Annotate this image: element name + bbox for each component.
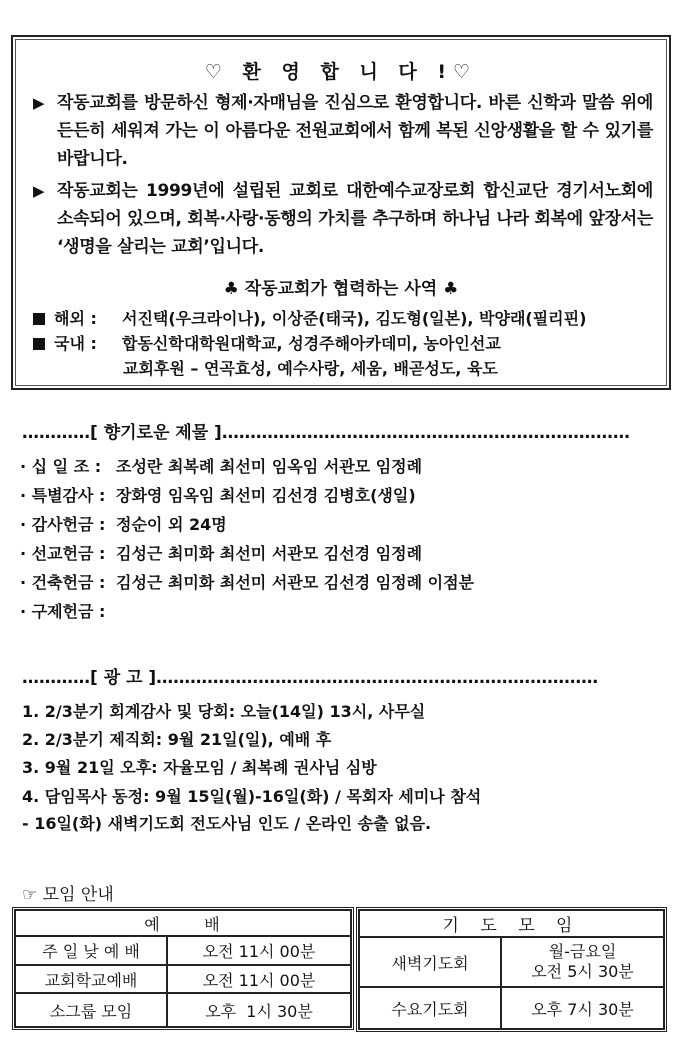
prayer-time: 오후 7시 30분	[501, 987, 664, 1029]
square-bullet-icon	[33, 338, 45, 350]
welcome-paragraph-text: 작동교회는 1999년에 설립된 교회로 대한예수교장로회 합신교단 경기서노회…	[57, 177, 653, 261]
offering-row: · 건축헌금 :김성근 최미화 최선미 서관모 김선경 임정례 이점분	[20, 572, 474, 594]
mission-row-support: 교회후원 – 연곡효성, 예수사랑, 세움, 배곧성도, 육도	[123, 357, 498, 381]
dotted-leader: ………………………………………………………………	[222, 423, 630, 443]
prayer-name: 수요기도회	[359, 987, 501, 1029]
welcome-title: ♡ 환 영 합 니 다 !♡	[13, 57, 669, 84]
welcome-paragraph-2: ▶ 작동교회는 1999년에 설립된 교회로 대한예수교장로회 합신교단 경기서…	[33, 177, 653, 261]
welcome-box: ♡ 환 영 합 니 다 !♡ ▶ 작동교회를 방문하신 형제·자매님을 진심으로…	[11, 35, 671, 390]
square-bullet-icon	[33, 313, 45, 325]
offering-label: · 특별감사 :	[20, 485, 116, 507]
offering-row: · 선교헌금 :김성근 최미화 최선미 서관모 김선경 임정례	[20, 543, 422, 565]
notice-item: 2. 2/3분기 제직회: 9월 21일(일), 예배 후	[22, 729, 331, 751]
offering-names: 정순이 외 24명	[116, 515, 227, 534]
prayer-days: 월-금요일	[502, 942, 663, 962]
worship-header: 예 배	[15, 910, 351, 936]
pointing-hand-icon: ☞	[22, 885, 37, 905]
offering-row: · 십 일 조 :조성란 최복례 최선미 임옥임 서관모 임정례	[20, 456, 422, 478]
mission-value: 교회후원 – 연곡효성, 예수사랑, 세움, 배곧성도, 육도	[123, 359, 498, 378]
notice-item: - 16일(화) 새벽기도회 전도사님 인도 / 온라인 송출 없음.	[22, 813, 431, 835]
offering-label: · 건축헌금 :	[20, 572, 116, 594]
worship-name: 소그룹 모임	[15, 993, 167, 1027]
offering-names: 김성근 최미화 최선미 서관모 김선경 임정례	[116, 544, 422, 563]
notice-item: 3. 9월 21일 오후: 자율모임 / 최복례 권사님 심방	[22, 757, 377, 779]
prayer-schedule-table: 기 도 모 임 새벽기도회 월-금요일 오전 5시 30분 수요기도회 오후 7…	[356, 907, 667, 1032]
gatherings-title: ☞ 모임 안내	[22, 880, 114, 905]
offerings-title: [ 향기로운 제물 ]	[90, 423, 222, 443]
offerings-heading: …………[ 향기로운 제물 ]………………………………………………………………	[22, 418, 667, 443]
arrow-right-icon: ▶	[33, 177, 45, 205]
notices-title: [ 광 고 ]	[90, 668, 156, 688]
offering-row: · 감사헌금 :정순이 외 24명	[20, 514, 227, 536]
worship-name: 교회학교예배	[15, 965, 167, 993]
offering-names: 김성근 최미화 최선미 서관모 김선경 임정례 이점분	[116, 573, 474, 592]
offering-row: · 구제헌금 :	[20, 601, 116, 623]
offering-label: · 구제헌금 :	[20, 601, 116, 623]
worship-time: 오후 1시 30분	[167, 993, 351, 1027]
gatherings-title-text: 모임 안내	[43, 885, 114, 905]
mission-value: 합동신학대학원대학교, 성경주해아카데미, 농아인선교	[122, 334, 501, 353]
offering-names: 조성란 최복례 최선미 임옥임 서관모 임정례	[116, 457, 422, 476]
notices-heading: …………[ 광 고 ]……………………………………………………………………	[22, 663, 667, 688]
welcome-paragraph-text: 작동교회를 방문하신 형제·자매님을 진심으로 환영합니다. 바른 신학과 말씀…	[57, 89, 653, 173]
mission-label: 해외 :	[54, 307, 122, 331]
offering-label: · 선교헌금 :	[20, 543, 116, 565]
dotted-leader: …………	[22, 668, 90, 688]
worship-time: 오전 11시 00분	[167, 936, 351, 965]
mission-title: ♣ 작동교회가 협력하는 사역 ♣	[13, 274, 669, 299]
worship-time: 오전 11시 00분	[167, 965, 351, 993]
prayer-name: 새벽기도회	[359, 937, 501, 987]
arrow-right-icon: ▶	[33, 89, 45, 117]
mission-value: 서진택(우크라이나), 이상준(태국), 김도형(일본), 박양래(필리핀)	[122, 309, 586, 328]
notice-item: 1. 2/3분기 회계감사 및 당회: 오늘(14일) 13시, 사무실	[22, 701, 425, 723]
worship-name: 주 일 낮 예 배	[15, 936, 167, 965]
offering-label: · 십 일 조 :	[20, 456, 116, 478]
welcome-paragraph-1: ▶ 작동교회를 방문하신 형제·자매님을 진심으로 환영합니다. 바른 신학과 …	[33, 89, 653, 173]
mission-label: 국내 :	[54, 332, 122, 356]
notice-item: 4. 담임목사 동정: 9월 15일(월)-16일(화) / 목회자 세미나 참…	[22, 786, 481, 808]
dotted-leader: ……………………………………………………………………	[156, 668, 598, 688]
worship-schedule-table: 예 배 주 일 낮 예 배오전 11시 00분 교회학교예배오전 11시 00분…	[12, 907, 354, 1030]
dotted-leader: …………	[22, 423, 90, 443]
mission-row-overseas: 해외 :서진택(우크라이나), 이상준(태국), 김도형(일본), 박양래(필리…	[33, 307, 586, 331]
prayer-header: 기 도 모 임	[359, 910, 664, 937]
offering-row: · 특별감사 :장화영 임옥임 최선미 김선경 김병호(생일)	[20, 485, 416, 507]
prayer-time-value: 오전 5시 30분	[502, 962, 663, 982]
offering-label: · 감사헌금 :	[20, 514, 116, 536]
prayer-time: 월-금요일 오전 5시 30분	[501, 937, 664, 987]
mission-row-domestic: 국내 :합동신학대학원대학교, 성경주해아카데미, 농아인선교	[33, 332, 501, 356]
offering-names: 장화영 임옥임 최선미 김선경 김병호(생일)	[116, 486, 416, 505]
